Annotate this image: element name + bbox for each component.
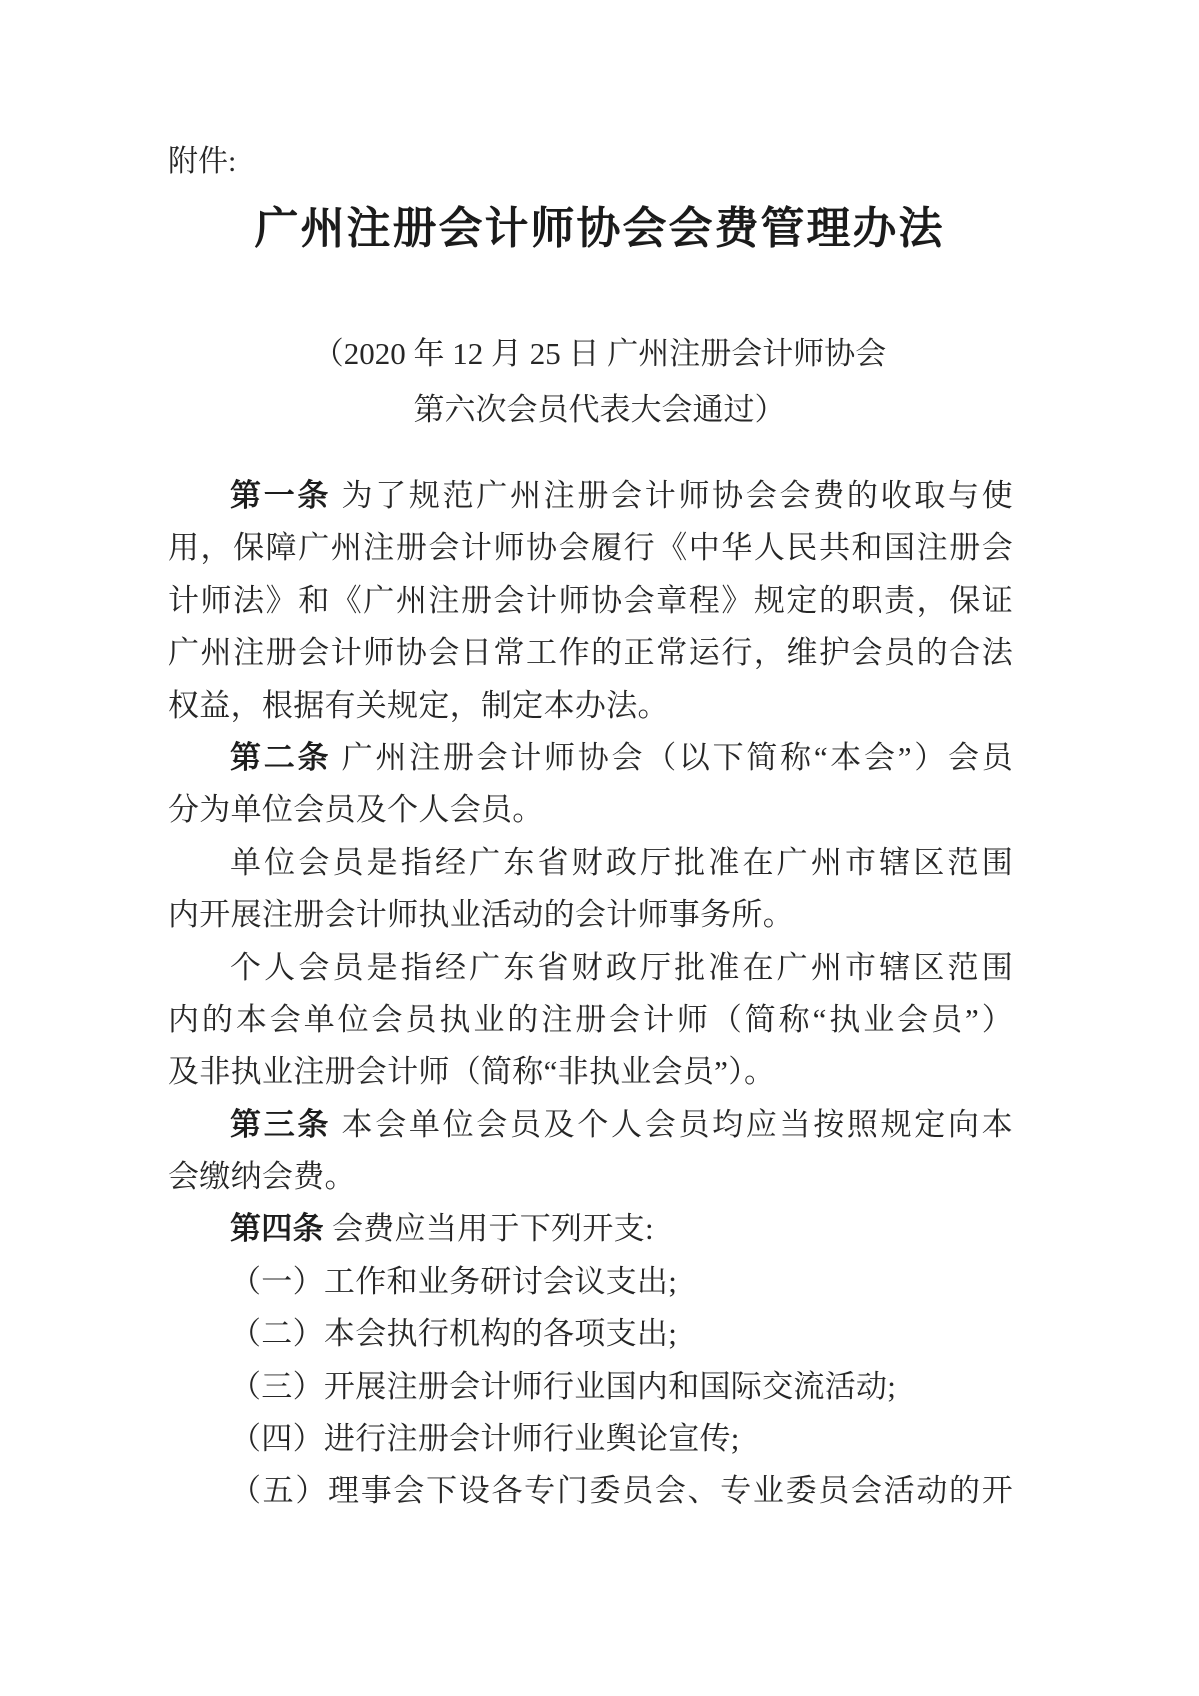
article-number-text: 第四条 [230,1211,324,1246]
body-line: 第二条 广州注册会计师协会（以下简称“本会”）会员 [168,732,1013,784]
attachment-label: 附件: [168,144,236,180]
body-line: 广州注册会计师协会日常工作的正常运行，维护会员的合法 [168,627,1013,679]
body-text-segment: 权益，根据有关规定，制定本办法。 [168,688,669,723]
body-text-segment: 个人会员是指经广东省财政厅批准在广州市辖区范围 [230,950,1013,985]
body-text-segment: 会费应当用于下列开支: [324,1211,654,1246]
body-line: （三）开展注册会计师行业国内和国际交流活动; [168,1361,1013,1413]
body-line: 第一条 为了规范广州注册会计师协会会费的收取与使 [168,470,1013,522]
article-number-text: 第三条 [230,1107,331,1142]
body-line: 内的本会单位会员执业的注册会计师（简称“执业会员”） [168,994,1013,1046]
body-line: （二）本会执行机构的各项支出; [168,1308,1013,1360]
body-line: 及非执业注册会计师（简称“非执业会员”）。 [168,1046,1013,1098]
body-line: 分为单位会员及个人会员。 [168,784,1013,836]
body-text-segment: 广州注册会计师协会（以下简称“本会”）会员 [331,740,1013,775]
body-text-segment: 内开展注册会计师执业活动的会计师事务所。 [168,897,794,932]
body-text-segment: 广州注册会计师协会日常工作的正常运行，维护会员的合法 [168,635,1013,670]
body-line: 用，保障广州注册会计师协会履行《中华人民共和国注册会 [168,522,1013,574]
body-text-segment: 会缴纳会费。 [168,1159,356,1194]
body-line: （五）理事会下设各专门委员会、专业委员会活动的开 [168,1465,1013,1517]
body-text-segment: 及非执业注册会计师（简称“非执业会员”）。 [168,1054,775,1089]
body-line: （一）工作和业务研讨会议支出; [168,1256,1013,1308]
body-text-segment: 内的本会单位会员执业的注册会计师（简称“执业会员”） [168,1002,1013,1037]
document-page: 附件: 广州注册会计师协会会费管理办法 （2020 年 12 月 25 日 广州… [0,0,1199,1696]
article-number-text: 第一条 [230,478,331,513]
body-text-segment: （五）理事会下设各专门委员会、专业委员会活动的开 [230,1473,1013,1508]
body-text-segment: 用，保障广州注册会计师协会履行《中华人民共和国注册会 [168,530,1013,565]
body-text-segment: （一）工作和业务研讨会议支出; [230,1264,677,1299]
body-text-segment: 本会单位会员及个人会员均应当按照规定向本 [331,1107,1013,1142]
adoption-date-line-1: （2020 年 12 月 25 日 广州注册会计师协会 [0,326,1199,382]
body-text-segment: 单位会员是指经广东省财政厅批准在广州市辖区范围 [230,845,1013,880]
document-title: 广州注册会计师协会会费管理办法 [0,192,1199,256]
body-line: 个人会员是指经广东省财政厅批准在广州市辖区范围 [168,942,1013,994]
document-body: 第一条 为了规范广州注册会计师协会会费的收取与使用，保障广州注册会计师协会履行《… [168,470,1013,1518]
body-line: 第三条 本会单位会员及个人会员均应当按照规定向本 [168,1099,1013,1151]
adoption-date-block: （2020 年 12 月 25 日 广州注册会计师协会 第六次会员代表大会通过） [0,326,1199,438]
body-line: （四）进行注册会计师行业舆论宣传; [168,1413,1013,1465]
body-line: 单位会员是指经广东省财政厅批准在广州市辖区范围 [168,837,1013,889]
article-number-text: 第二条 [230,740,331,775]
body-text-segment: 分为单位会员及个人会员。 [168,792,544,827]
body-text-segment: （四）进行注册会计师行业舆论宣传; [230,1421,740,1456]
body-text-segment: （三）开展注册会计师行业国内和国际交流活动; [230,1369,896,1404]
body-line: 内开展注册会计师执业活动的会计师事务所。 [168,889,1013,941]
body-text-segment: 为了规范广州注册会计师协会会费的收取与使 [331,478,1013,513]
body-line: 计师法》和《广州注册会计师协会章程》规定的职责，保证 [168,575,1013,627]
body-line: 会缴纳会费。 [168,1151,1013,1203]
body-text-segment: （二）本会执行机构的各项支出; [230,1316,677,1351]
body-line: 权益，根据有关规定，制定本办法。 [168,680,1013,732]
body-text-segment: 计师法》和《广州注册会计师协会章程》规定的职责，保证 [168,583,1013,618]
body-line: 第四条 会费应当用于下列开支: [168,1203,1013,1255]
adoption-date-line-2: 第六次会员代表大会通过） [0,382,1199,438]
